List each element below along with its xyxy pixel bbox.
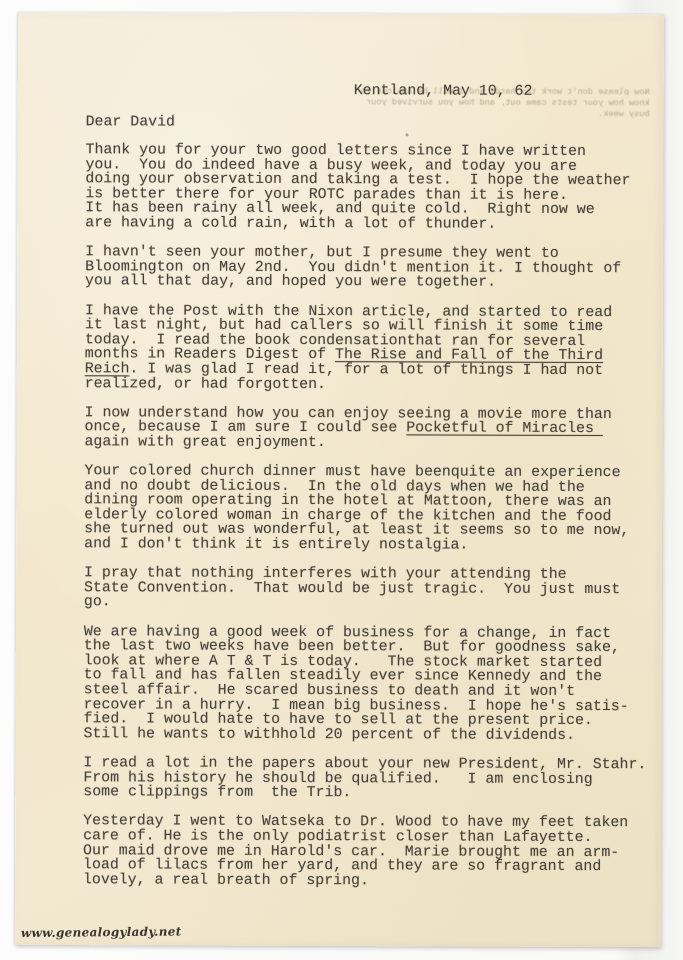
letter-dateline: Kentland, May 10, 62 bbox=[354, 84, 533, 99]
typed-line: and I don't think it is entirely nostalg… bbox=[84, 537, 647, 554]
letter-body: Thank you for your two good letters sinc… bbox=[83, 143, 649, 904]
typed-line: Still he wants to withhold 20 percent of… bbox=[83, 727, 646, 744]
typed-text: realized, or had forgotten. bbox=[85, 376, 326, 393]
typed-line: are having a cold rain, with a lot of th… bbox=[85, 216, 648, 233]
paragraph: Thank you for your two good letters sinc… bbox=[85, 143, 648, 233]
typed-line: State Convention. That would be just tra… bbox=[84, 581, 647, 598]
typed-line: some clippings from the Trib. bbox=[83, 785, 646, 802]
paragraph: Yesterday I went to Watseka to Dr. Wood … bbox=[83, 815, 646, 890]
typed-text: you all that day, and hoped you were tog… bbox=[85, 274, 496, 291]
typed-text: State Convention. That would be just tra… bbox=[84, 580, 620, 598]
typed-text: and I don't think it is entirely nostalg… bbox=[84, 536, 468, 553]
typed-line: go. bbox=[84, 596, 647, 613]
typed-line: again with great enjoyment. bbox=[84, 435, 647, 452]
typed-line: you all that day, and hoped you were tog… bbox=[85, 275, 648, 292]
typed-text: go. bbox=[84, 595, 111, 611]
paragraph: Your colored church dinner must have bee… bbox=[84, 464, 647, 554]
underlined-text: Pocketful of Miracles bbox=[406, 421, 603, 438]
paragraph: I read a lot in the papers about your ne… bbox=[83, 756, 646, 802]
paragraph: I have the Post with the Nixon article, … bbox=[85, 304, 648, 394]
paragraph: I now understand how you can enjoy seein… bbox=[84, 406, 647, 452]
typed-line: lovely, a real breath of spring. bbox=[83, 873, 646, 890]
letter-page: Now please don't work too hard, and I wi… bbox=[15, 12, 664, 947]
typed-text: again with great enjoyment. bbox=[84, 434, 325, 451]
paragraph: I havn't seen your mother, but I presume… bbox=[85, 245, 648, 291]
bleed-line: busy week. bbox=[380, 108, 650, 120]
paragraph: We are having a good week of business fo… bbox=[83, 625, 646, 744]
scan-background: Now please don't work too hard, and I wi… bbox=[0, 0, 683, 960]
typed-text: are having a cold rain, with a lot of th… bbox=[85, 215, 496, 232]
typed-line: realized, or had forgotten. bbox=[85, 377, 648, 394]
typed-text: Still he wants to withhold 20 percent of… bbox=[83, 726, 575, 744]
typed-text: some clippings from the Trib. bbox=[83, 784, 351, 801]
watermark: www.genealogylady.net bbox=[21, 924, 182, 940]
typed-text: lovely, a real breath of spring. bbox=[83, 872, 369, 889]
letter-salutation: Dear David bbox=[86, 115, 175, 130]
dust-speck bbox=[406, 133, 409, 136]
paragraph: I pray that nothing interferes with your… bbox=[84, 566, 647, 612]
